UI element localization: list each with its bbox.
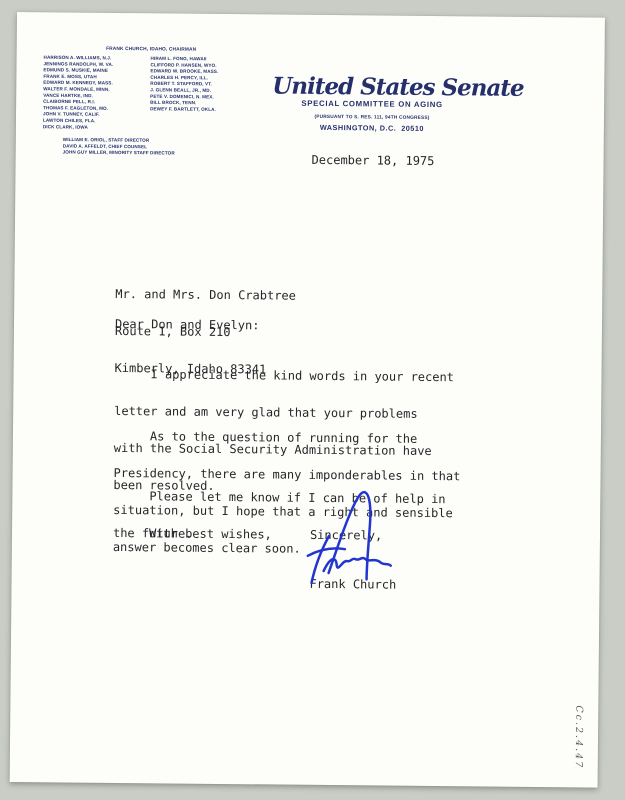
salutation: Dear Don and Evelyn: bbox=[115, 318, 260, 332]
closing-line: With best wishes, bbox=[113, 527, 272, 541]
signature-cross-stroke bbox=[308, 548, 345, 556]
body-line: I appreciate the kind words in your rece… bbox=[114, 368, 454, 384]
member-name: DICK CLARK, IOWA bbox=[43, 124, 150, 131]
recipient-line: Mr. and Mrs. Don Crabtree bbox=[115, 288, 296, 302]
member-name: DEWEY F. BARTLETT, OKLA. bbox=[150, 106, 273, 113]
pursuant-line: (PURSUANT TO S. RES. 111, 94TH CONGRESS) bbox=[272, 113, 472, 120]
closing-phrase: With best wishes, bbox=[113, 502, 272, 566]
committee-name: SPECIAL COMMITTEE ON AGING bbox=[272, 99, 472, 110]
signature-rank-stroke bbox=[324, 558, 391, 572]
members-column-2: HIRAM L. FONG, HAWAII CLIFFORD P. HANSEN… bbox=[150, 55, 274, 132]
members-column-1: HARRISON A. WILLIAMS, N.J. JENNINGS RAND… bbox=[43, 54, 151, 131]
letterhead-member-roster: FRANK CHURCH, IDAHO, CHAIRMAN HARRISON A… bbox=[43, 45, 274, 157]
staff-name: JOHN GUY MILLER, MINORITY STAFF DIRECTOR bbox=[63, 149, 273, 157]
washington-address: WASHINGTON, D.C. 20510 bbox=[272, 123, 472, 133]
date-line: December 18, 1975 bbox=[312, 154, 435, 168]
signature-slash-stroke bbox=[312, 536, 329, 583]
senate-wordmark: United States Senate bbox=[272, 74, 472, 98]
margin-annotation-code: Cc.2.4.47 bbox=[573, 705, 585, 769]
handwritten-signature bbox=[303, 489, 410, 604]
letter-page: FRANK CHURCH, IDAHO, CHAIRMAN HARRISON A… bbox=[10, 12, 605, 788]
letterhead-senate-block: United States Senate SPECIAL COMMITTEE O… bbox=[272, 74, 473, 133]
body-line: As to the question of running for the bbox=[114, 430, 461, 446]
staff-list: WILLIAM E. ORIOL, STAFF DIRECTOR DAVID A… bbox=[63, 137, 273, 158]
signature-loop-stroke bbox=[329, 492, 371, 580]
chairman-line: FRANK CHURCH, IDAHO, CHAIRMAN bbox=[44, 45, 259, 53]
